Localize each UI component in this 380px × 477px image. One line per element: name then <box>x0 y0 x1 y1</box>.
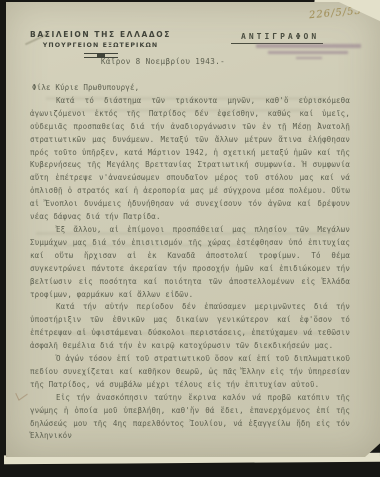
dateline: Κάϊρον 8 Νοεμβρίου 1943.- <box>6 57 320 66</box>
letterhead-kingdom-of-greece: ΒΑΣΙΛΕΙΟΝ ΤΗΣ ΕΛΛΑΔΟΣ <box>28 30 173 39</box>
paragraph: Κατά τό διάστημα τῶν τριάκοντα μηνῶν, κα… <box>30 95 350 224</box>
letterhead: ΒΑΣΙΛΕΙΟΝ ΤΗΣ ΕΛΛΑΔΟΣ ΥΠΟΥΡΓΕΙΟΝ ΕΞΩΤΕΡΙ… <box>28 30 173 58</box>
copy-label: ΑΝΤΙΓΡΑΦΟΝ <box>231 32 323 44</box>
paragraph: Ἐξ ἄλλου, αἱ ἐπίμονοι προσπάθειαί μας πλ… <box>30 224 350 301</box>
paragraph: Εἰς τήν ἀνασκόπησιν ταύτην ἔκρινα καλόν … <box>30 392 350 444</box>
scanned-letter-page: 226/5/53 ΒΑΣΙΛΕΙΟΝ ΤΗΣ ΕΛΛΑΔΟΣ ΥΠΟΥΡΓΕΙΟ… <box>0 0 380 477</box>
paper-sheet: 226/5/53 ΒΑΣΙΛΕΙΟΝ ΤΗΣ ΕΛΛΑΔΟΣ ΥΠΟΥΡΓΕΙΟ… <box>6 2 380 457</box>
salutation: Φίλε Κύριε Πρωθυπουργέ, <box>32 82 350 95</box>
paragraph: Ὁ ἀγών τόσον ἐπί τοῦ στρατιωτικοῦ ὅσον κ… <box>30 353 350 392</box>
letter-body: Φίλε Κύριε Πρωθυπουργέ, Κατά τό διάστημα… <box>30 82 350 443</box>
letterhead-ministry-of-foreign-affairs: ΥΠΟΥΡΓΕΙΟΝ ΕΞΩΤΕΡΙΚΩΝ <box>28 42 173 49</box>
pencil-tick-mark <box>15 387 27 401</box>
paragraph: Κατά τήν αὐτήν περίοδον δέν ἐπαύσαμεν με… <box>30 301 350 353</box>
